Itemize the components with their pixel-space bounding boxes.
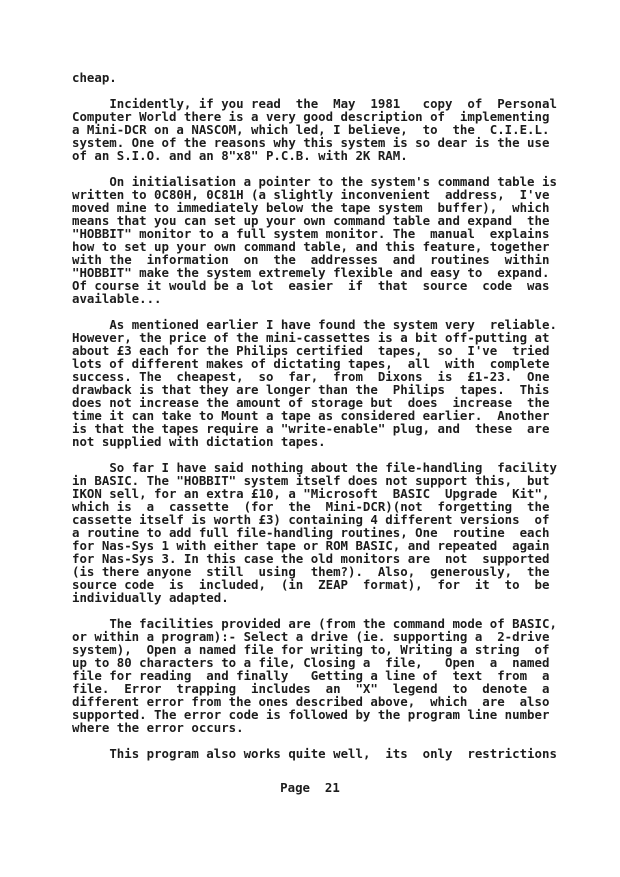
paragraph: The facilities provided are (from the co… — [72, 617, 580, 734]
paragraph: So far I have said nothing about the fil… — [72, 461, 580, 604]
paragraph: On initialisation a pointer to the syste… — [72, 175, 580, 305]
paragraph: Incidently, if you read the May 1981 cop… — [72, 97, 580, 162]
paragraph-continuation: cheap. — [72, 71, 580, 84]
document-page: cheap. Incidently, if you read the May 1… — [0, 0, 620, 877]
page-number: Page 21 — [0, 781, 620, 794]
paragraph: As mentioned earlier I have found the sy… — [72, 318, 580, 448]
paragraph: This program also works quite well, its … — [72, 747, 580, 760]
